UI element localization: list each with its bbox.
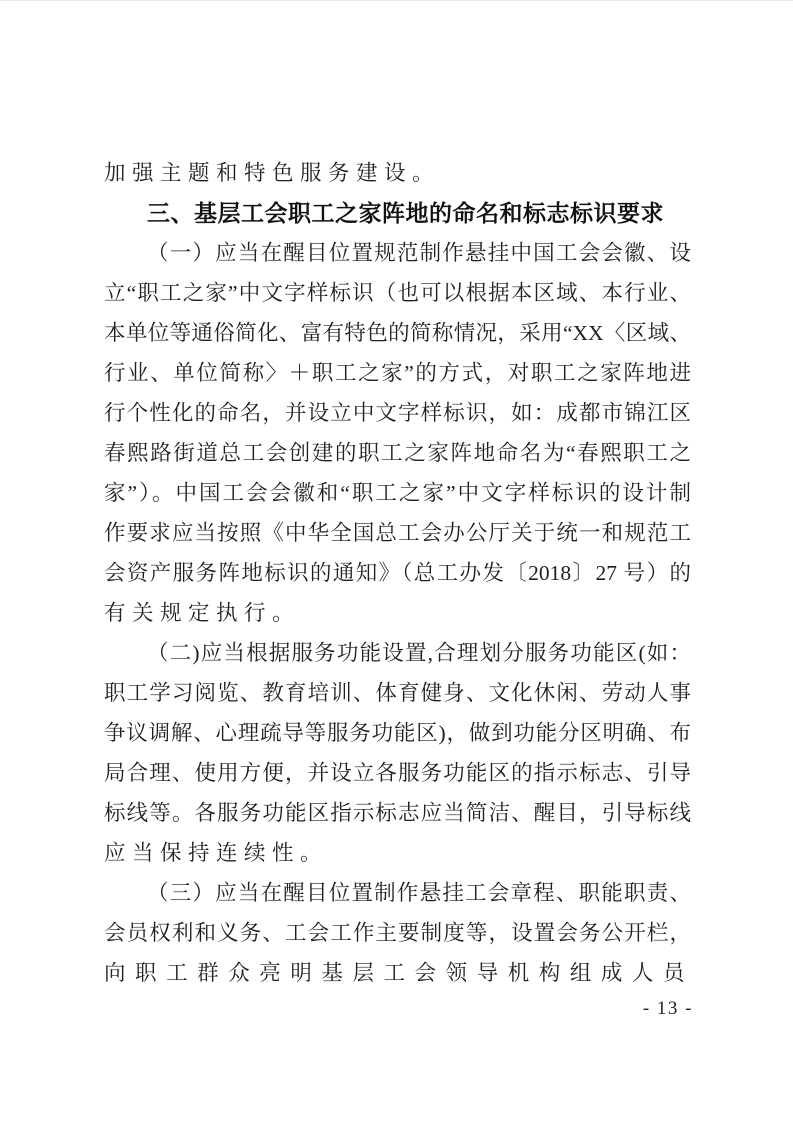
text-line: 职工学习阅览、教育培训、体育健身、文化休闲、劳动人事 [104,673,691,713]
text-line: 会员权利和义务、工会工作主要制度等，设置会务公开栏， [104,913,691,953]
text-line: 立“职工之家”中文字样标识（也可以根据本区域、本行业、 [104,273,691,313]
text-line: 家”）。中国工会会徽和“职工之家”中文字样标识的设计制 [104,473,691,513]
text-line: 争议调解、心理疏导等服务功能区)，做到功能分区明确、布 [104,713,691,753]
text-line: 行业、单位简称〉＋职工之家”的方式，对职工之家阵地进 [104,353,691,393]
page-number: - 13 - [643,998,693,1020]
text-line: 会资产服务阵地标识的通知》（总工办发〔2018〕27 号）的 [104,553,691,593]
document-page: 加强主题和特色服务建设。三、基层工会职工之家阵地的命名和标志标识要求（一）应当在… [0,0,793,1123]
text-line: 加强主题和特色服务建设。 [104,153,691,193]
text-line: （一）应当在醒目位置规范制作悬挂中国工会会徽、设 [104,233,691,273]
text-line: 局合理、使用方便，并设立各服务功能区的指示标志、引导 [104,753,691,793]
text-line: 有关规定执行。 [104,593,691,633]
text-line: 本单位等通俗简化、富有特色的简称情况，采用“XX〈区域、 [104,313,691,353]
text-line: 作要求应当按照《中华全国总工会办公厅关于统一和规范工 [104,513,691,553]
text-line: 应当保持连续性。 [104,833,691,873]
text-line: 向职工群众亮明基层工会领导机构组成人员（工会主席、副 [104,953,691,993]
text-line: 标线等。各服务功能区指示标志应当简洁、醒目，引导标线 [104,793,691,833]
section-heading: 三、基层工会职工之家阵地的命名和标志标识要求 [104,193,691,233]
text-line: （三）应当在醒目位置制作悬挂工会章程、职能职责、 [104,873,691,913]
document-body: 加强主题和特色服务建设。三、基层工会职工之家阵地的命名和标志标识要求（一）应当在… [104,153,691,993]
text-line: 行个性化的命名，并设立中文字样标识，如：成都市锦江区 [104,393,691,433]
text-line: 春熙路街道总工会创建的职工之家阵地命名为“春熙职工之 [104,433,691,473]
text-line: （二)应当根据服务功能设置,合理划分服务功能区(如： [104,633,691,673]
